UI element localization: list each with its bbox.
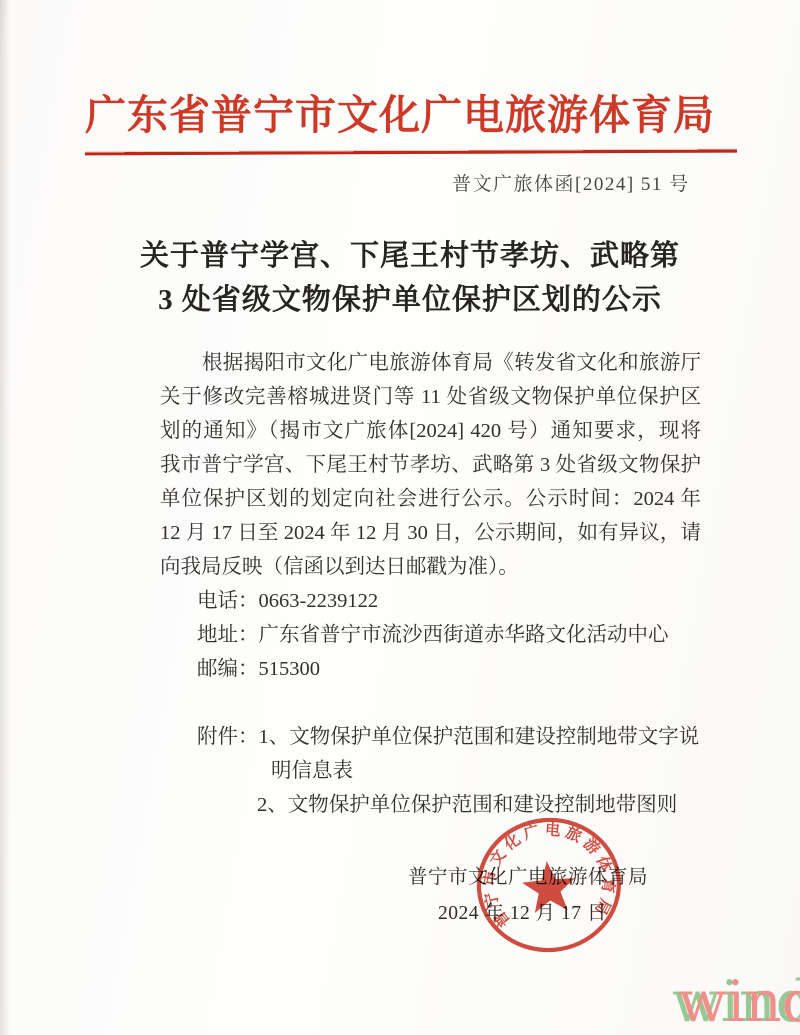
document-title: 关于普宁学宫、下尾王村节孝坊、武略第 3 处省级文物保护单位保护区划的公示 xyxy=(90,234,730,322)
document-reference-number: 普文广旅体函[2024] 51 号 xyxy=(452,169,690,196)
attachment-item-1-wrap: 明信息表 xyxy=(271,754,353,788)
body-line: 关于修改完善榕城进贤门等 11 处省级文物保护单位保护区 xyxy=(160,380,701,414)
body-line: 我市普宁学宫、下尾王村节孝坊、武略第 3 处省级文物保护 xyxy=(160,448,701,482)
body-paragraph: 根据揭阳市文化广电旅游体育局《转发省文化和旅游厅 关于修改完善榕城进贤门等 11… xyxy=(160,346,701,584)
official-seal: 普宁市文化广电旅游体育局 xyxy=(467,809,631,964)
contact-info-block: 电话：0663-2239122 地址：广东省普宁市流沙西街道赤华路文化活动中心 … xyxy=(197,584,669,686)
document-title-line2: 3 处省级文物保护单位保护区划的公示 xyxy=(90,278,730,322)
body-line: 单位保护区划的划定向社会进行公示。公示时间：2024 年 xyxy=(160,482,701,516)
body-line: 向我局反映（信函以到达日邮戳为准）。 xyxy=(160,550,701,584)
body-line: 划的通知》（揭市文广旅体[2024] 420 号）通知要求，现将 xyxy=(160,414,701,448)
body-line: 12 月 17 日至 2024 年 12 月 30 日，公示期间，如有异议，请 xyxy=(160,516,701,550)
scan-edge-shading xyxy=(0,0,10,1035)
header-divider-rule xyxy=(85,149,737,156)
watermark-text: wind xyxy=(678,972,800,1032)
attachment-item-1: 附件：1、文物保护单位保护范围和建设控制地带文字说 xyxy=(197,720,699,754)
issuing-authority-header: 广东省普宁市文化广电旅游体育局 xyxy=(0,88,800,142)
seal-star-icon xyxy=(520,859,577,914)
contact-address: 地址：广东省普宁市流沙西街道赤华路文化活动中心 xyxy=(197,618,669,652)
contact-phone: 电话：0663-2239122 xyxy=(197,584,669,618)
contact-postcode: 邮编：515300 xyxy=(197,652,669,686)
document-title-line1: 关于普宁学宫、下尾王村节孝坊、武略第 xyxy=(90,234,730,278)
scanned-document-page: 广东省普宁市文化广电旅游体育局 普文广旅体函[2024] 51 号 关于普宁学宫… xyxy=(0,0,800,1035)
body-line: 根据揭阳市文化广电旅游体育局《转发省文化和旅游厅 xyxy=(160,346,701,380)
